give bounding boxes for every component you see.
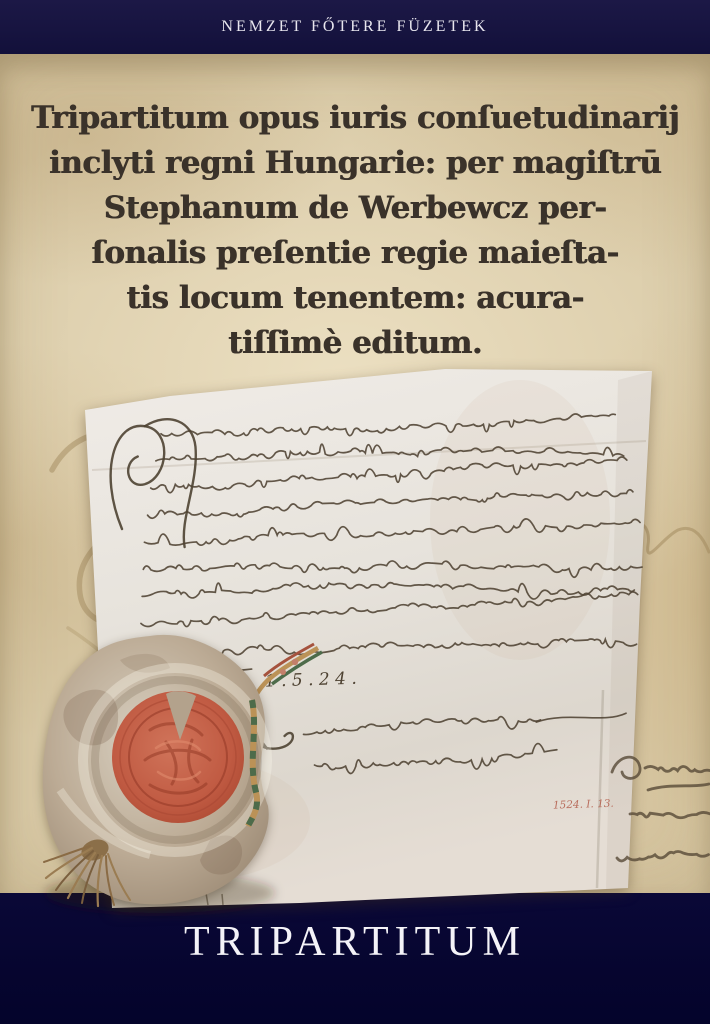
- top-banner: NEMZET FŐTERE FÜZETEK: [0, 0, 710, 54]
- cover-title: TRIPARTITUM: [184, 918, 526, 966]
- book-cover: NEMZET FŐTERE FÜZETEK Tripartitum opus i…: [0, 0, 710, 1024]
- bottom-banner: TRIPARTITUM: [0, 893, 710, 1024]
- gothic-title-block: Tripartitum opus iuris conſuetudinarij i…: [0, 96, 710, 366]
- gothic-title-line: inclyti regni Hungarie: per magiſtrū: [0, 141, 710, 186]
- gothic-title-line: tiſſimè editum.: [0, 321, 710, 366]
- gothic-title-line: Stephanum de Werbewcz per-: [0, 186, 710, 231]
- gothic-title-line: tis locum tenentem: acura-: [0, 276, 710, 321]
- gothic-title-line: Tripartitum opus iuris conſuetudinarij: [0, 96, 710, 141]
- series-title: NEMZET FŐTERE FÜZETEK: [221, 18, 488, 36]
- gothic-title-line: ſonalis preſentie regie maieſta-: [0, 231, 710, 276]
